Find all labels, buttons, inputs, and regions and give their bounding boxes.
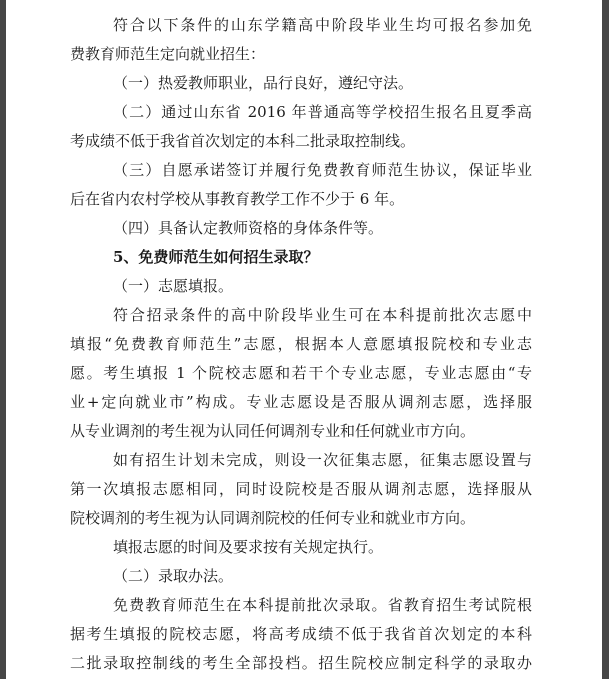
paragraph-line: 院校调剂的考生视为认同调剂院校的任何专业和就业市方向。 [70, 507, 532, 529]
paragraph-line: 后在省内农村学校从事教育教学工作不少于 6 年。 [70, 188, 532, 210]
list-item-condition-1: （一）热爱教师职业，品行良好，遵纪守法。 [113, 72, 532, 94]
paragraph-line: 愿。考生填报 1 个院校志愿和若干个专业志愿，专业志愿由“专 [70, 362, 532, 384]
paragraph-line: 费教育师范生定向就业招生： [70, 43, 532, 65]
paragraph-line: 符合以下条件的山东学籍高中阶段毕业生均可报名参加免 [113, 14, 532, 36]
paragraph-line: 如有招生计划未完成，则设一次征集志愿，征集志愿设置与 [113, 449, 532, 471]
paragraph-line: 填报志愿的时间及要求按有关规定执行。 [113, 536, 532, 558]
viewer-right-margin [602, 0, 609, 679]
paragraph-line: 二批录取控制线的考生全部投档。招生院校应制定科学的录取办 [70, 652, 532, 674]
paragraph-line: 第一次填报志愿相同，同时设院校是否服从调剂志愿，选择服从 [70, 478, 532, 500]
document-viewer: 符合以下条件的山东学籍高中阶段毕业生均可报名参加免 费教育师范生定向就业招生： … [0, 0, 609, 679]
paragraph-line: 考成绩不低于我省首次划定的本科二批录取控制线。 [70, 130, 532, 152]
paragraph-line: 免费教育师范生在本科提前批次录取。省教育招生考试院根 [113, 594, 532, 616]
list-item-condition-4: （四）具备认定教师资格的身体条件等。 [113, 217, 532, 239]
paragraph-line: 业+定向就业市”构成。专业志愿设是否服从调剂志愿，选择服 [70, 391, 532, 413]
paragraph-line: 符合招录条件的高中阶段毕业生可在本科提前批次志愿中 [113, 304, 532, 326]
paragraph-line: 据考生填报的院校志愿，将高考成绩不低于我省首次划定的本科 [70, 623, 532, 645]
subsection-heading-admission: （二）录取办法。 [113, 565, 532, 587]
paragraph-line: 从专业调剂的考生视为认同任何调剂专业和任何就业市方向。 [70, 420, 532, 442]
paragraph-line: 填报“免费教育师范生”志愿，根据本人意愿填报院校和专业志 [70, 333, 532, 355]
list-item-condition-3: （三）自愿承诺签订并履行免费教育师范生协议，保证毕业 [113, 159, 532, 181]
document-page: 符合以下条件的山东学籍高中阶段毕业生均可报名参加免 费教育师范生定向就业招生： … [6, 0, 602, 679]
subsection-heading-application: （一）志愿填报。 [113, 275, 532, 297]
list-item-condition-2: （二）通过山东省 2016 年普通高等学校招生报名且夏季高 [113, 101, 532, 123]
section-heading: 5、免费师范生如何招生录取？ [113, 246, 532, 268]
